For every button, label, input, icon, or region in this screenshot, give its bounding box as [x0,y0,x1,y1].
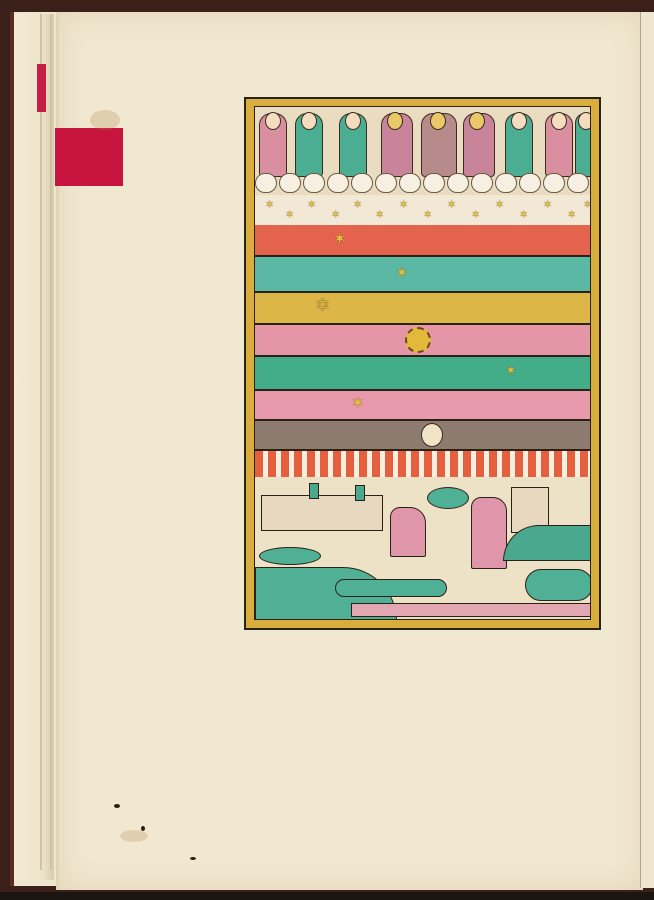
star-outline-icon: ✡ [315,297,330,315]
cloud [375,173,397,193]
sphere-pink-sun [255,325,590,357]
sphere-pink: ✶ [255,391,590,421]
heavenly-court [255,107,590,195]
cloud [351,173,373,193]
star-icon: ✶ [471,209,480,220]
star-icon: ✶ [543,199,552,210]
star-icon: ✶ [447,199,456,210]
saint-figure [463,113,495,177]
cloud [519,173,541,193]
star-icon: ✶ [495,199,504,210]
angel-figure [259,113,287,177]
cloud [543,173,565,193]
cloud [327,173,349,193]
wormhole [141,826,145,831]
bush [259,547,321,565]
page-edges [14,14,54,880]
cloud [303,173,325,193]
stain [120,830,148,842]
saint-figure [381,113,413,177]
tower-roof [309,483,319,499]
path [351,603,591,617]
star-icon: ✶ [333,231,346,247]
bookmark-tab [55,128,123,186]
tree [427,487,469,509]
angel-figure [575,113,591,177]
cloud [255,173,277,193]
star-icon: ✶ [505,364,517,378]
star-icon: ✶ [351,395,364,411]
sphere-red: ✶ [255,225,590,257]
sphere-teal: ✶ [255,257,590,293]
page-edge-line [40,14,42,870]
moon-face-icon [421,423,443,447]
wormhole [114,804,120,808]
bookmark-tab-small [37,64,46,112]
page-edge-line [50,14,52,870]
star-icon: ✶ [395,265,408,281]
fixed-stars-band: ✶ ✶ ✶ ✶ ✶ ✶ ✶ ✶ ✶ ✶ ✶ ✶ ✶ ✶ ✶ [255,195,590,226]
woodcut-inner: ✶ ✶ ✶ ✶ ✶ ✶ ✶ ✶ ✶ ✶ ✶ ✶ ✶ ✶ ✶ ✶ ✶ ✡ [254,106,591,620]
star-icon: ✶ [285,209,294,220]
woodcut-illustration: ✶ ✶ ✶ ✶ ✶ ✶ ✶ ✶ ✶ ✶ ✶ ✶ ✶ ✶ ✶ ✶ ✶ ✡ [244,97,601,630]
sphere-brown-moon [255,421,590,451]
christ-figure [421,113,457,177]
star-icon: ✶ [353,199,362,210]
cloud [279,173,301,193]
cloud [447,173,469,193]
rock [390,507,426,557]
angel-figure [339,113,367,177]
sun-icon [405,327,431,353]
trees [525,569,591,601]
star-icon: ✶ [519,209,528,220]
angel-figure [505,113,533,177]
star-icon: ✶ [567,209,576,220]
wormhole [190,857,196,860]
hedge [335,579,447,597]
sphere-gold: ✡ [255,293,590,325]
earth-landscape [255,477,590,619]
cloud [423,173,445,193]
cloud [399,173,421,193]
star-icon: ✶ [375,209,384,220]
angel-figure [545,113,573,177]
cloud [567,173,589,193]
sphere-fire [255,451,590,479]
star-icon: ✶ [265,199,274,210]
stain [90,110,120,130]
sphere-green: ✶ [255,357,590,391]
star-icon: ✶ [423,209,432,220]
star-icon: ✶ [331,209,340,220]
facing-page-edge [640,12,654,888]
cloud [471,173,493,193]
angel-figure [295,113,323,177]
star-icon: ✶ [399,199,408,210]
star-icon: ✶ [583,199,591,210]
tower-roof [355,485,365,501]
cloud [495,173,517,193]
star-icon: ✶ [307,199,316,210]
rock [471,497,507,569]
